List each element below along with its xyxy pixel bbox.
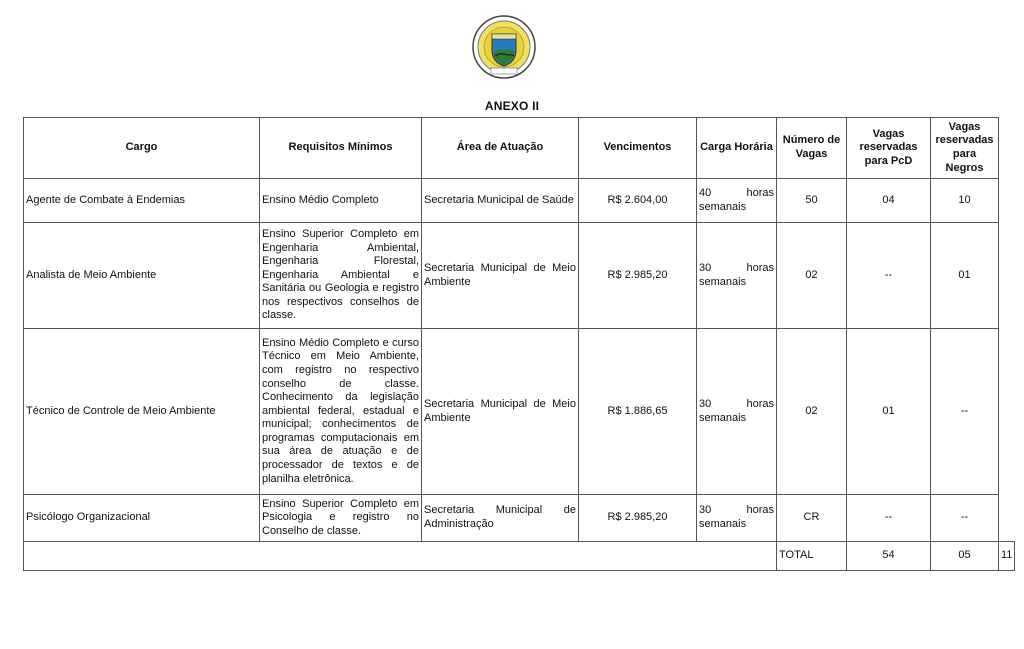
carga-hours-number: 40: [699, 187, 711, 201]
area-cell: Secretaria Municipal de Meio Ambiente: [422, 223, 579, 329]
area-cell: Secretaria Municipal de Administração: [422, 495, 579, 542]
cargo-cell: Analista de Meio Ambiente: [24, 223, 260, 329]
numero-vagas-cell: 50: [777, 179, 847, 223]
carga-horaria-cell: 30horassemanais: [697, 329, 777, 495]
vencimentos-cell: R$ 2.604,00: [579, 179, 697, 223]
carga-hours-number: 30: [699, 504, 711, 518]
vagas-negros-cell: --: [931, 329, 999, 495]
column-header-numero-vagas: Número de Vagas: [777, 118, 847, 179]
vencimentos-cell: R$ 1.886,65: [579, 329, 697, 495]
table-row: Técnico de Controle de Meio AmbienteEnsi…: [24, 329, 1015, 495]
column-header-vagas-pcd: Vagas reservadas para PcD: [847, 118, 931, 179]
vencimentos-cell: R$ 2.985,20: [579, 495, 697, 542]
area-cell: Secretaria Municipal de Meio Ambiente: [422, 329, 579, 495]
cargo-cell: Técnico de Controle de Meio Ambiente: [24, 329, 260, 495]
cargo-cell: Agente de Combate à Endemias: [24, 179, 260, 223]
carga-hours-suffix: semanais: [699, 201, 746, 213]
total-pcd: 05: [931, 542, 999, 571]
municipal-coat-of-arms-icon: [471, 14, 537, 86]
carga-horaria-cell: 30horassemanais: [697, 223, 777, 329]
column-header-requisitos: Requisitos Mínimos: [260, 118, 422, 179]
vagas-negros-cell: --: [931, 495, 999, 542]
carga-hours-unit: horas: [746, 262, 774, 276]
vagas-pcd-cell: --: [847, 495, 931, 542]
table-header-row: Cargo Requisitos Mínimos Área de Atuação…: [24, 118, 1015, 179]
total-label: TOTAL: [777, 542, 847, 571]
annex-title: ANEXO II: [0, 99, 1024, 113]
carga-hours-number: 30: [699, 262, 711, 276]
carga-hours-suffix: semanais: [699, 518, 746, 530]
carga-hours-number: 30: [699, 398, 711, 412]
carga-horaria-cell: 40horassemanais: [697, 179, 777, 223]
column-header-vagas-negros: Vagas reservadas para Negros: [931, 118, 999, 179]
carga-hours-unit: horas: [746, 398, 774, 412]
vagas-pcd-cell: 04: [847, 179, 931, 223]
carga-horaria-cell: 30horassemanais: [697, 495, 777, 542]
numero-vagas-cell: CR: [777, 495, 847, 542]
total-negros: 11: [999, 542, 1015, 571]
table-row: Agente de Combate à EndemiasEnsino Médio…: [24, 179, 1015, 223]
column-header-cargo: Cargo: [24, 118, 260, 179]
column-header-area: Área de Atuação: [422, 118, 579, 179]
table-row: Psicólogo OrganizacionalEnsino Superior …: [24, 495, 1015, 542]
numero-vagas-cell: 02: [777, 329, 847, 495]
vencimentos-cell: R$ 2.985,20: [579, 223, 697, 329]
requisitos-cell: Ensino Superior Completo em Psicologia e…: [260, 495, 422, 542]
requisitos-cell: Ensino Médio Completo e curso Técnico em…: [260, 329, 422, 495]
cargo-cell: Psicólogo Organizacional: [24, 495, 260, 542]
total-vagas: 54: [847, 542, 931, 571]
vacancies-table: Cargo Requisitos Mínimos Área de Atuação…: [23, 117, 1015, 571]
total-spacer-cell: [24, 542, 777, 571]
vagas-pcd-cell: --: [847, 223, 931, 329]
column-header-vencimentos: Vencimentos: [579, 118, 697, 179]
area-cell: Secretaria Municipal de Saúde: [422, 179, 579, 223]
vagas-negros-cell: 01: [931, 223, 999, 329]
carga-hours-unit: horas: [746, 187, 774, 201]
numero-vagas-cell: 02: [777, 223, 847, 329]
vagas-negros-cell: 10: [931, 179, 999, 223]
table-row: Analista de Meio AmbienteEnsino Superior…: [24, 223, 1015, 329]
column-header-carga-horaria: Carga Horária: [697, 118, 777, 179]
total-row: TOTAL 54 05 11: [24, 542, 1015, 571]
carga-hours-unit: horas: [746, 504, 774, 518]
carga-hours-suffix: semanais: [699, 412, 746, 424]
requisitos-cell: Ensino Médio Completo: [260, 179, 422, 223]
carga-hours-suffix: semanais: [699, 276, 746, 288]
vagas-pcd-cell: 01: [847, 329, 931, 495]
requisitos-cell: Ensino Superior Completo em Engenharia A…: [260, 223, 422, 329]
